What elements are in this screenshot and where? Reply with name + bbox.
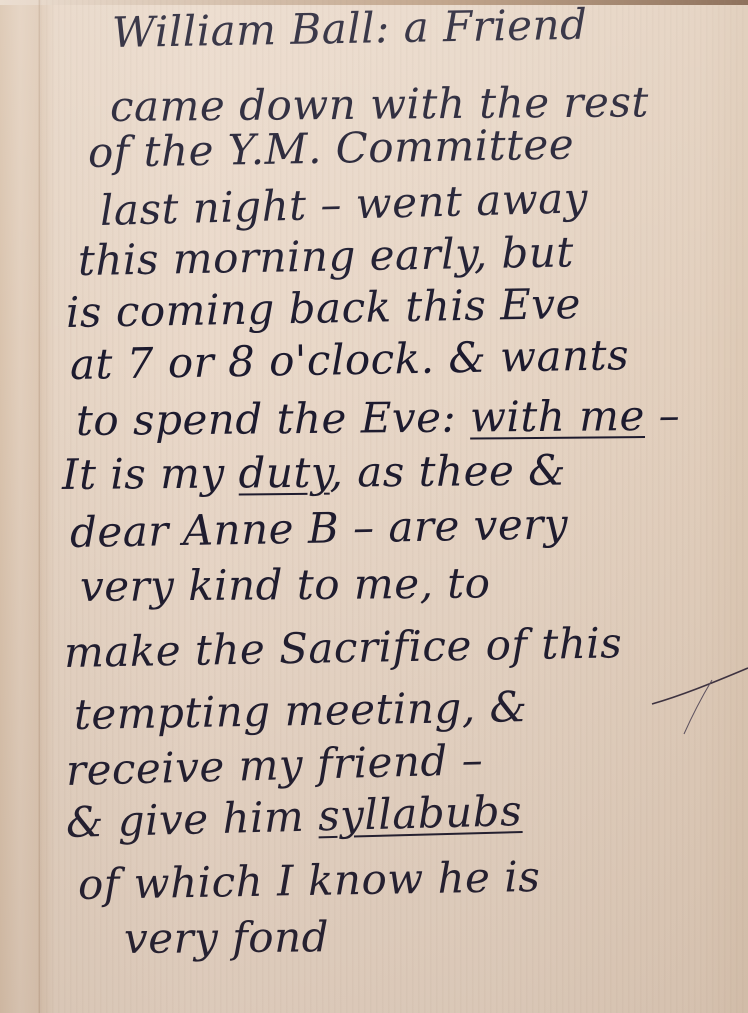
letter-line-1: William Ball: a Friend	[112, 0, 588, 57]
stray-pencil-mark	[650, 660, 748, 760]
letter-line-10: dear Anne B – are very	[70, 499, 569, 557]
letter-line-14: receive my friend –	[65, 735, 483, 795]
letter-line-6: is coming back this Eve	[66, 279, 582, 337]
letter-line-3: of the Y.M. Committee	[88, 120, 575, 177]
letter-line-9-trail: , as thee &	[329, 446, 566, 497]
letter-line-11: very kind to me, to	[80, 558, 491, 611]
letter-line-15: & give him syllabubs	[65, 786, 522, 847]
letter-line-17: very fond	[124, 912, 329, 963]
letter-line-8-trail: –	[645, 391, 681, 440]
letter-line-16: of which I know he is	[78, 852, 541, 909]
letter-line-7: at 7 or 8 o'clock. & wants	[70, 330, 630, 389]
underlined-syllabubs: syllabubs	[317, 786, 522, 840]
letter-line-8-text: to spend the Eve:	[76, 393, 470, 445]
underlined-duty: duty	[238, 448, 329, 498]
letter-line-4: last night – went away	[99, 173, 588, 235]
letter-line-15-text: & give him	[65, 791, 318, 847]
manuscript-photo: William Ball: a Friend came down with th…	[0, 0, 748, 1013]
letter-line-9: It is my duty, as thee &	[62, 446, 566, 499]
letter-line-13: tempting meeting, &	[74, 682, 528, 739]
handwritten-letter: William Ball: a Friend came down with th…	[0, 0, 748, 1013]
letter-line-8: to spend the Eve: with me –	[76, 391, 681, 445]
letter-line-9-text: It is my	[62, 448, 239, 499]
letter-line-5: this morning early, but	[78, 227, 575, 285]
letter-line-12: make the Sacrifice of this	[64, 618, 623, 677]
underlined-with-me: with me	[470, 391, 645, 442]
